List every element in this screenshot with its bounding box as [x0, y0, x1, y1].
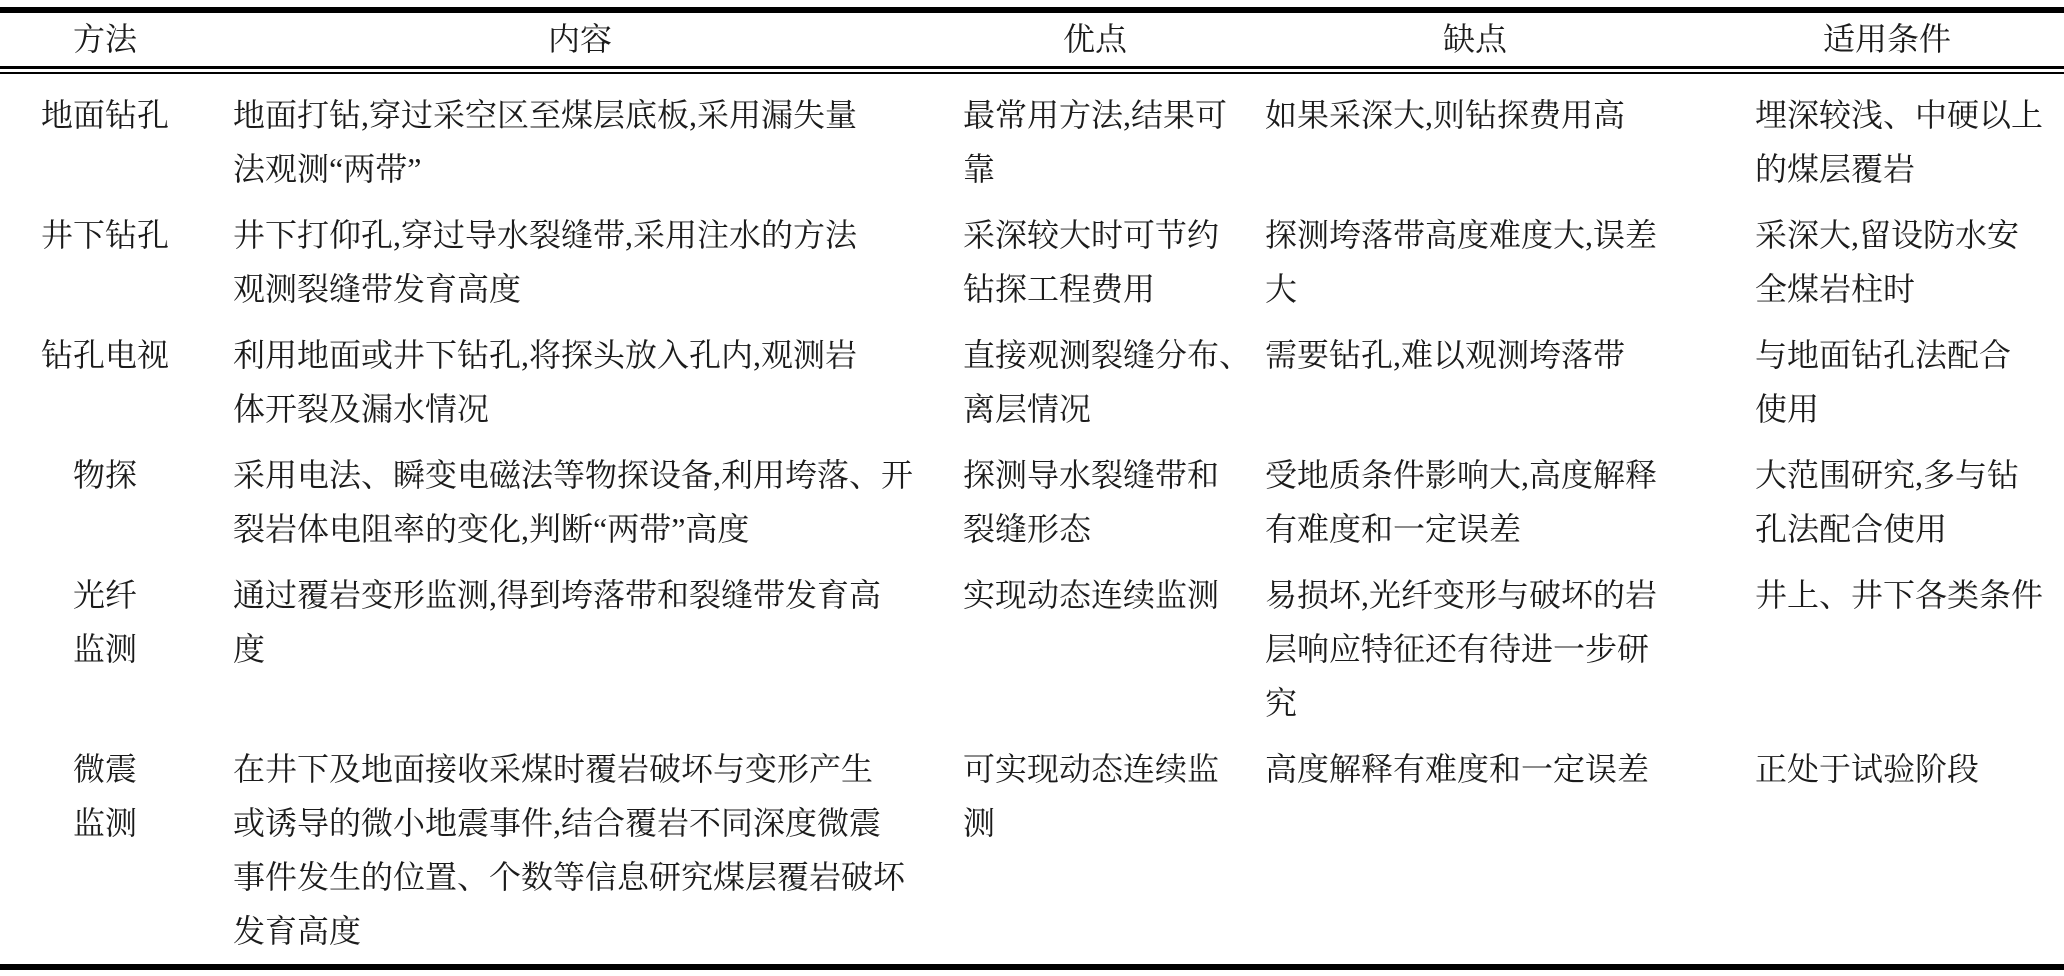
table-row-surface-drilling: 地面钻孔 地面打钻,穿过采空区至煤层底板,采用漏失量 法观测“两带” 最常用方法… [0, 88, 2064, 196]
condition-cell: 井上、井下各类条件 [1710, 568, 2064, 622]
disadvantage-cell: 探测垮落带高度难度大,误差 大 [1240, 208, 1710, 316]
content-cell: 通过覆岩变形监测,得到垮落带和裂缝带发育高 度 [210, 568, 950, 676]
content-cell: 井下打仰孔,穿过导水裂缝带,采用注水的方法 观测裂缝带发育高度 [210, 208, 950, 316]
condition-cell: 埋深较浅、中硬以上 的煤层覆岩 [1710, 88, 2064, 196]
table-row-microseismic-monitoring: 微震 监测 在井下及地面接收采煤时覆岩破坏与变形产生 或诱导的微小地震事件,结合… [0, 742, 2064, 958]
disadvantage-cell: 易损坏,光纤变形与破坏的岩 层响应特征还有待进一步研 究 [1240, 568, 1710, 730]
method-cell: 地面钻孔 [0, 88, 210, 142]
advantage-cell: 直接观测裂缝分布、 离层情况 [950, 328, 1240, 436]
header-cell-disadvantage: 缺点 [1240, 13, 1710, 66]
method-cell: 光纤 监测 [0, 568, 210, 676]
table-row-borehole-tv: 钻孔电视 利用地面或井下钻孔,将探头放入孔内,观测岩 体开裂及漏水情况 直接观测… [0, 328, 2064, 436]
table-row-fiber-monitoring: 光纤 监测 通过覆岩变形监测,得到垮落带和裂缝带发育高 度 实现动态连续监测 易… [0, 568, 2064, 730]
table-header-row: 方法 内容 优点 缺点 适用条件 [0, 13, 2064, 66]
advantage-cell: 可实现动态连续监 测 [950, 742, 1240, 850]
content-cell: 采用电法、瞬变电磁法等物探设备,利用垮落、开 裂岩体电阻率的变化,判断“两带”高… [210, 448, 950, 556]
table-row-underground-drilling: 井下钻孔 井下打仰孔,穿过导水裂缝带,采用注水的方法 观测裂缝带发育高度 采深较… [0, 208, 2064, 316]
paper-table-page: 方法 内容 优点 缺点 适用条件 地面钻孔 地面打钻,穿过采空区至煤层底板,采用… [0, 0, 2064, 976]
condition-cell: 大范围研究,多与钻 孔法配合使用 [1710, 448, 2064, 556]
header-cell-condition: 适用条件 [1710, 13, 2064, 66]
advantage-cell: 最常用方法,结果可 靠 [950, 88, 1240, 196]
condition-cell: 与地面钻孔法配合 使用 [1710, 328, 2064, 436]
disadvantage-cell: 高度解释有难度和一定误差 [1240, 742, 1710, 796]
header-cell-method: 方法 [0, 13, 210, 66]
condition-cell: 采深大,留设防水安 全煤岩柱时 [1710, 208, 2064, 316]
advantage-cell: 探测导水裂缝带和 裂缝形态 [950, 448, 1240, 556]
content-cell: 在井下及地面接收采煤时覆岩破坏与变形产生 或诱导的微小地震事件,结合覆岩不同深度… [210, 742, 950, 958]
table-bottom-rule [0, 964, 2064, 970]
header-cell-advantage: 优点 [950, 13, 1240, 66]
disadvantage-cell: 如果采深大,则钻探费用高 [1240, 88, 1710, 142]
header-separator-rule [0, 66, 2064, 74]
method-cell: 井下钻孔 [0, 208, 210, 262]
method-cell: 物探 [0, 448, 210, 502]
advantage-cell: 采深较大时可节约 钻探工程费用 [950, 208, 1240, 316]
condition-cell: 正处于试验阶段 [1710, 742, 2064, 796]
disadvantage-cell: 需要钻孔,难以观测垮落带 [1240, 328, 1710, 382]
disadvantage-cell: 受地质条件影响大,高度解释 有难度和一定误差 [1240, 448, 1710, 556]
content-cell: 利用地面或井下钻孔,将探头放入孔内,观测岩 体开裂及漏水情况 [210, 328, 950, 436]
header-cell-content: 内容 [210, 13, 950, 66]
table-body: 地面钻孔 地面打钻,穿过采空区至煤层底板,采用漏失量 法观测“两带” 最常用方法… [0, 74, 2064, 964]
advantage-cell: 实现动态连续监测 [950, 568, 1240, 622]
method-cell: 钻孔电视 [0, 328, 210, 382]
table-row-geophysical: 物探 采用电法、瞬变电磁法等物探设备,利用垮落、开 裂岩体电阻率的变化,判断“两… [0, 448, 2064, 556]
content-cell: 地面打钻,穿过采空区至煤层底板,采用漏失量 法观测“两带” [210, 88, 950, 196]
method-cell: 微震 监测 [0, 742, 210, 850]
